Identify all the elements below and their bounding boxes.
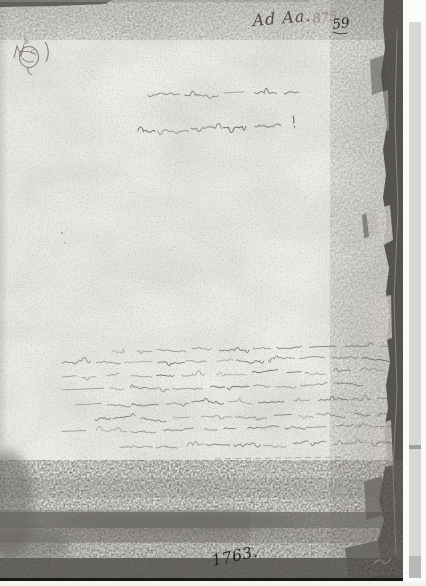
scanned-document-page: b c Ad Aa. 875. 59 1763.	[0, 0, 426, 586]
bottom-black-line	[0, 578, 403, 581]
scanner-edge-strip	[409, 22, 421, 578]
scanner-strip-shadow	[409, 556, 421, 578]
bottom-white-strip	[0, 581, 426, 586]
document-scan: b c Ad Aa. 875. 59 1763.	[0, 0, 426, 586]
stamp-letter-b: b	[24, 37, 29, 46]
stamp-letter-c: c	[31, 47, 35, 55]
edge-grain	[330, 0, 403, 586]
archival-number-bold: 59	[332, 15, 351, 33]
scanner-strip-line	[409, 445, 421, 449]
